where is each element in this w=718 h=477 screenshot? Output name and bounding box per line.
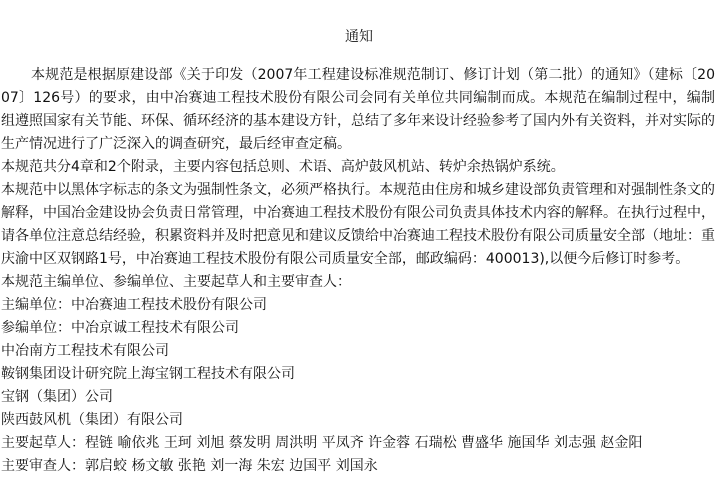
participating-unit: 宝钢（集团）公司 <box>1 386 715 409</box>
participating-unit: 参编单位：中冶京诚工程技术有限公司 <box>1 317 715 340</box>
list-intro: 本规范主编单位、参编单位、主要起草人和主要审查人： <box>1 271 715 294</box>
chief-unit: 主编单位：中冶赛迪工程技术股份有限公司 <box>1 294 715 317</box>
paragraph-contents: 本规范共分4章和2个附录，主要内容包括总则、术语、高炉鼓风机站、转炉余热锅炉系统… <box>1 156 715 179</box>
participating-unit: 陕西鼓风机（集团）有限公司 <box>1 409 715 432</box>
drafters-list: 主要起草人：程链 喻依兆 王珂 刘旭 蔡发明 周洪明 平凤齐 许金蓉 石瑞松 曹… <box>1 432 715 455</box>
reviewers-list: 主要审查人：郭启蛟 杨文敏 张艳 刘一海 朱宏 边国平 刘国永 <box>1 455 715 477</box>
document-title: 通知 <box>0 27 718 47</box>
participating-unit: 中冶南方工程技术有限公司 <box>1 340 715 363</box>
paragraph-mandatory: 本规范中以黑体字标志的条文为强制性条文，必须严格执行。本规范由住房和城乡建设部负… <box>1 179 715 271</box>
document-page: 通知 本规范是根据原建设部《关于印发（2007年工程建设标准规范制订、修订计划（… <box>0 0 718 477</box>
paragraph-intro: 本规范是根据原建设部《关于印发（2007年工程建设标准规范制订、修订计划（第二批… <box>1 64 715 156</box>
document-body: 本规范是根据原建设部《关于印发（2007年工程建设标准规范制订、修订计划（第二批… <box>1 64 715 477</box>
participating-unit: 鞍钢集团设计研究院上海宝钢工程技术有限公司 <box>1 363 715 386</box>
